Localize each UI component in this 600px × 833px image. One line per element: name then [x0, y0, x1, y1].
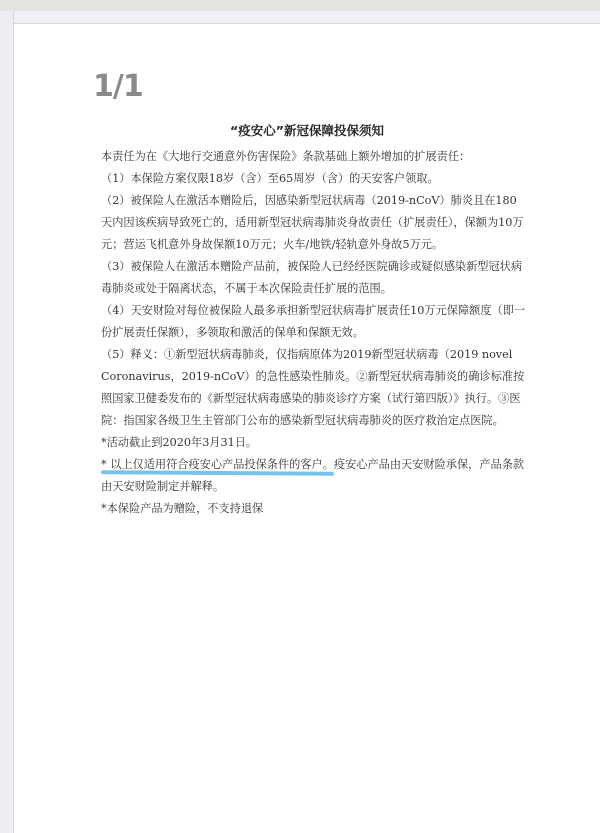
- document-page: 1/1 “疫安心”新冠保障投保须知 本责任为在《大地行交通意外伤害保险》条款基础…: [14, 24, 600, 833]
- document-body: 本责任为在《大地行交通意外伤害保险》条款基础上额外增加的扩展责任： （1）本保险…: [101, 146, 526, 520]
- top-bar: [0, 0, 600, 11]
- clause-2: （2）被保险人在激活本赠险后，因感染新型冠状病毒（2019-nCoV）肺炎且在1…: [101, 190, 526, 256]
- clause-3: （3）被保险人在激活本赠险产品前，被保险人已经经医院确诊或疑似感染新型冠状病毒肺…: [101, 256, 526, 300]
- clause-5: （5）释义：①新型冠状病毒肺炎，仅指病原体为2019新型冠状病毒（2019 no…: [101, 344, 526, 432]
- top-bar-shadow: [0, 11, 600, 24]
- left-margin: [0, 11, 14, 833]
- intro-paragraph: 本责任为在《大地行交通意外伤害保险》条款基础上额外增加的扩展责任：: [101, 146, 526, 168]
- document-title: “疫安心”新冠保障投保须知: [14, 121, 600, 139]
- clause-4: （4）天安财险对每位被保险人最多承担新型冠状病毒扩展责任10万元保障额度（即一份…: [101, 300, 526, 344]
- gift-notice: *本保险产品为赠险，不支持退保: [101, 498, 526, 520]
- highlighted-scope-text: * 以上仅适用符合疫安心产品投保条件的客户。: [101, 458, 334, 471]
- clause-1: （1）本保险方案仅限18岁（含）至65周岁（含）的天安客户领取。: [101, 168, 526, 190]
- page-counter: 1/1: [93, 69, 143, 104]
- scope-highlighted-label: * 以上仅适用符合疫安心产品投保条件的客户。: [101, 458, 334, 471]
- scope-note: * 以上仅适用符合疫安心产品投保条件的客户。疫安心产品由天安财险承保，产品条款由…: [101, 454, 526, 498]
- blue-underline-annotation: [101, 470, 334, 476]
- deadline-note: *活动截止到2020年3月31日。: [101, 432, 526, 454]
